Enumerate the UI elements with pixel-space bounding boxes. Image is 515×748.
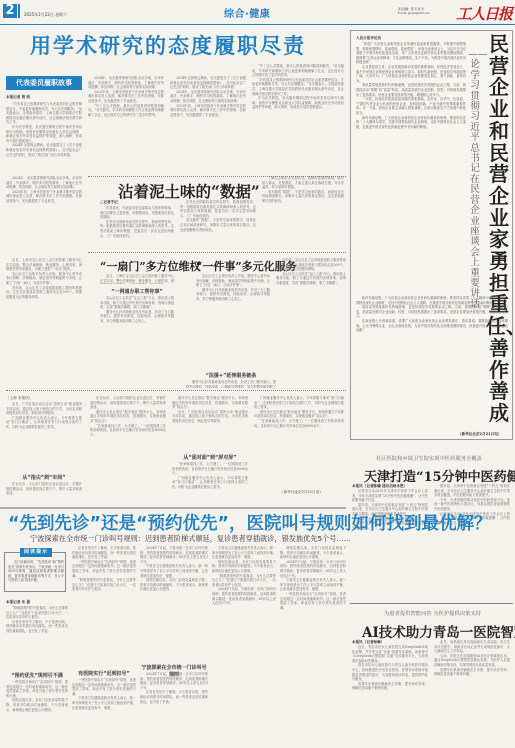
- employment-column-3b: “在家就能找工作，太方便了。”一位刚找到工作的求职者说。目前该平台已累计发布岗位…: [172, 462, 248, 496]
- opinion-label: 人民日报评论员: [356, 36, 381, 41]
- union-headline-left[interactable]: “一扇门”多方位维权: [100, 258, 201, 274]
- page-number: 2: [3, 4, 17, 18]
- union-subhead-2-text: 服务中心针对新就业形态劳动者，开设了专门服务窗口，提供劳动维权、技能培训、心理疏…: [186, 380, 276, 388]
- employment-subhead-2: 从“面对面”到“屏对屏”: [172, 454, 248, 461]
- divider: [6, 390, 346, 391]
- section-title: 综合·健康: [224, 5, 270, 20]
- union-column-1: 近日，上海市宝山区总工会打造的职工服务中心正式启用，整合法律援助、就业服务、心理…: [6, 258, 82, 378]
- header-divider: [0, 24, 515, 25]
- hospital-column-3b: 2024年7月起，宁波市统一全市门诊叫号规则：预约患者按预约时段就诊，迟到患者阶…: [140, 672, 208, 746]
- hospital-subhead-1: “预约优先”规则引不满: [6, 672, 68, 679]
- opinion-column-2: 新时代新征程，广大民营企业和民营企业家肩负着新的使命。要坚持以党的二十大精神为指…: [356, 296, 508, 406]
- lead-byline: 本报记者 黄 昭: [6, 95, 30, 100]
- reading-tips-title: 阅读提示: [20, 548, 52, 557]
- newspaper-logo: 工人日报: [456, 3, 512, 24]
- divider: [88, 252, 346, 253]
- page-number-bar: [18, 4, 20, 18]
- lead-column-1-continued: 2024年，吴光磊带领研究团队走访多地，访谈快递员、外卖骑手、网约车司机等群体，…: [6, 176, 82, 256]
- lead-headline[interactable]: 用学术研究的态度履职尽责: [30, 30, 306, 60]
- employment-column-1b: 在百色市，人社部门组织企业走进社区、乡镇开展招聘活动，现场提供岗位数千个，吸引大…: [6, 482, 82, 496]
- opinion-source: （新华社北京2月21日电）: [458, 432, 501, 437]
- column-badge: 代表委员履职故事: [6, 76, 82, 90]
- lead-column-2: 2024年，吴光磊带领研究团队走访多地，访谈快递员、外卖骑手、网约车司机等群体，…: [88, 76, 164, 172]
- hospital-column-2b: 一些医院开始实行“迟到扣号”规则，患者迟到超过一定时间需重新取号。这一做法虽然提…: [72, 678, 136, 746]
- lead-column-4: “写了这么多提案，最开心的是看到问题得到解决。”吴光磊说，学术研究和履职工作让他…: [252, 64, 344, 172]
- qingdao-kicker: 为患者提供智能问答 为医护提供决策支持: [384, 609, 481, 617]
- hospital-headline[interactable]: “先到先诊”还是“预约优先”，医院叫号规则如何找到最优解？: [8, 510, 492, 535]
- hospital-column-3: 2024年7月起，宁波市统一全市门诊叫号规则：预约患者按预约时段就诊，迟到患者阶…: [140, 546, 208, 658]
- tianjin-column-1: 记者近日从2025年天津市中医药工作会议上获悉，今年天津将实现“15分钟中医药健…: [352, 489, 428, 599]
- lead-column-3: 2024年全国两会期间，吴光磊提交了《关于加强新就业形态劳动者权益保障的提案》，…: [170, 76, 246, 172]
- section-divider: [0, 507, 346, 509]
- feature-headline[interactable]: 沾着泥土味的“数据”: [118, 180, 260, 202]
- hospital-column-1: “明明我预约的号更靠前，为什么还要等这么久？”在浙江宁波某医院门诊大厅，一位患者…: [6, 606, 68, 668]
- employment-column-4: 广西就业服务中心负责人表示，今年将着力推动“家门口就业”，让求职者在家门口找到合…: [254, 396, 344, 490]
- lead-column-1: “只有将自己的教研研究与代表委员的社会职责紧密结合，才能更好地履职尽责，为公共法…: [6, 102, 82, 172]
- feature-column-1: 在我看来，代表委员是连接群众与国家的桥梁。他们用脚步丈量民情，用数据说话，用提案…: [100, 206, 174, 248]
- employment-column-1: 近日，广西壮族自治区启动“春风行动”就业服务专项活动，通过线上线下相结合的方式，…: [6, 402, 82, 468]
- issue-date: 2025年2月22日 星期六: [24, 12, 67, 18]
- editors-credit: 责任编辑：陈 丹 周 琦 E-mail: grrbsz@163.com: [398, 8, 446, 15]
- divider: [350, 603, 513, 604]
- union-subhead-1: “一网通办职工帮你事”: [100, 288, 174, 295]
- hospital-column-5: 规则实施以来，全市门诊投诉量明显下降，患者平均候诊时间缩短。不少患者表示，新规则…: [280, 546, 346, 746]
- opinion-subtitle: ——论学习贯彻习近平总书记在民营企业座谈会上重要讲话: [468, 50, 482, 310]
- hospital-column-1b: 一些医院开始实行“迟到扣号”规则，患者迟到超过一定时间需重新取号。这一做法虽然提…: [6, 680, 68, 746]
- hospital-column-4: 宁波市卫生健康委相关负责人表示，统一叫号规则是为了在公平与效率之间找到平衡，让患…: [212, 546, 276, 746]
- reading-tips-text: 在门诊就诊时，“先到先诊”和“预约优先”常常引发争议。宁波市统一全市门诊叫号规则…: [8, 560, 64, 590]
- qingdao-column-1: 近日，青岛市妇女儿童医院完成DeepSeek本地化部署，并开发完成“灵童”智慧导…: [352, 645, 428, 747]
- hospital-subheadline: 宁波探索在全市统一门诊叫号规则：迟到患者阶梯式顺延，复诊患者穿插就诊，银发族优先…: [30, 534, 351, 544]
- feature-column-label: □记者手记: [100, 200, 118, 205]
- employment-dateline: （上海 本报讯）: [6, 396, 32, 401]
- employment-source: （新华社南京2月21日电）: [280, 490, 323, 495]
- union-column-2: 宝山区总工会依托“宝山工惠”平台，推出线上服务功能，职工可通过手机预约法律咨询、…: [100, 296, 174, 368]
- tianjin-headline[interactable]: 天津打造“15分钟中医药健康圈”: [364, 466, 515, 485]
- feature-column-2: 在采访全国政协委员的过程中，我深切感受到，每一组数据背后都有着扎实的调研和深入的…: [180, 200, 256, 248]
- hospital-subhead-2: 有医院实行“迟到扣号”: [72, 670, 136, 677]
- feature-column-3: 了解社会和社会发展状况，是做好提案的基础。唯有深入群众、扎根基层，才能让建议真正…: [262, 176, 344, 248]
- tianjin-kicker: 社区医院和乡镇卫生院实现中医药服务全覆盖: [376, 454, 482, 462]
- union-column-2-intro: 近日，上海市宝山区总工会打造的职工服务中心正式启用，整合法律援助、就业服务、心理…: [100, 274, 174, 284]
- hospital-column-2: 记者在采访中了解到，不少患者反映，预约就诊后仍需长时间排队，而一些患者迟到后重新…: [72, 546, 136, 666]
- qingdao-column-2: 此外，该系统还具有智能病历生成功能，医生在问诊过程中，系统可自动记录并生成规范化…: [434, 640, 510, 747]
- employment-subhead-1: 从“指尖”到“车间”: [6, 474, 82, 481]
- union-subhead-2: “法援+”延伸服务链条: [186, 372, 276, 379]
- employment-column-2: 在百色市，人社部门组织企业走进社区、乡镇开展招聘活动，现场提供岗位数千个，吸引大…: [90, 396, 166, 496]
- union-column-3: 宝山区总工会相关负责人介绍，服务中心将劳动争议调解、法律援助、就业指导等职能集中…: [196, 274, 270, 370]
- qingdao-headline[interactable]: AI技术助力青岛一医院智慧医疗: [362, 621, 515, 641]
- employment-column-3: 重庆市大足区推出“数字就业”服务平台，求职者通过手机即可浏览岗位信息、投递简历，…: [172, 396, 248, 446]
- tianjin-column-2: 据介绍，天津市中医药事业发展“十四五”规划实施以来，全市社区卫生服务中心和乡镇卫…: [434, 484, 510, 599]
- opinion-column-1: “希望广大民营企业和民营企业家满怀创业和报国激情，不断提升理想境界，厚植家国情怀…: [356, 42, 466, 292]
- hospital-byline: 本报记者 朱 嘉: [6, 600, 30, 605]
- union-column-4: 近年来，宝山区总工会持续推进职工服务阵地建设，已在全区建成各类职工服务站点近20…: [276, 258, 346, 370]
